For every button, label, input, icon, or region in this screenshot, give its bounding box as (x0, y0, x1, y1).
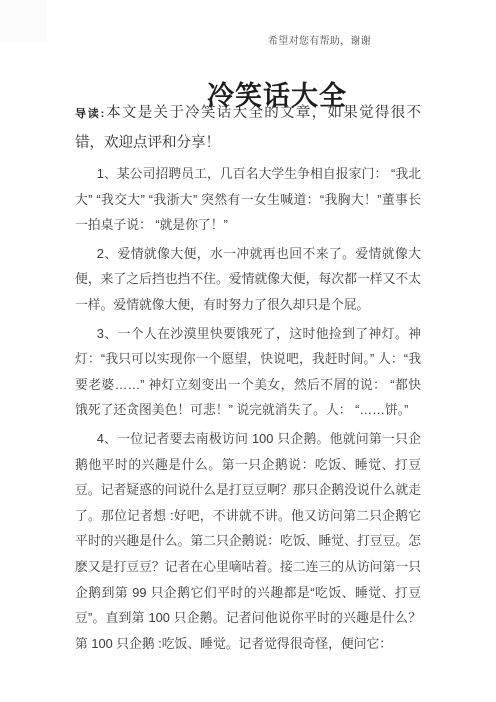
joke-paragraph-4: 4、一位记者要去南极访问 100 只企鹅。他就问第一只企鹅他平时的兴趣是什么。第… (75, 426, 421, 656)
header-note: 希望对您有帮助，谢谢 (268, 36, 371, 48)
intro-paragraph: 导读:本文是关于冷笑话大全的文章，如果觉得很不错，欢迎点评和分享！ (75, 99, 421, 158)
document-page: 希望对您有帮助，谢谢 冷笑话大全 导读:本文是关于冷笑话大全的文章，如果觉得很不… (0, 0, 496, 702)
joke-paragraph-2: 2、爱情就像大便，水一冲就再也回不来了。爱情就像大便，来了之后挡也挡不住。爱情就… (75, 241, 421, 318)
intro-label: 导读: (75, 108, 105, 120)
corner-shade (0, 0, 47, 42)
document-body: 导读:本文是关于冷笑话大全的文章，如果觉得很不错，欢迎点评和分享！ 1、某公司招… (75, 99, 421, 656)
intro-text: 本文是关于冷笑话大全的文章，如果觉得很不错，欢迎点评和分享！ (75, 105, 421, 151)
joke-paragraph-1: 1、某公司招聘员工，几百名大学生争相自报家门： “我北大” “我交大” “我浙大… (75, 161, 421, 238)
joke-paragraph-3: 3、一个人在沙漠里快要饿死了，这时他捡到了神灯。神灯：“我只可以实现你一个愿望，… (75, 321, 421, 423)
